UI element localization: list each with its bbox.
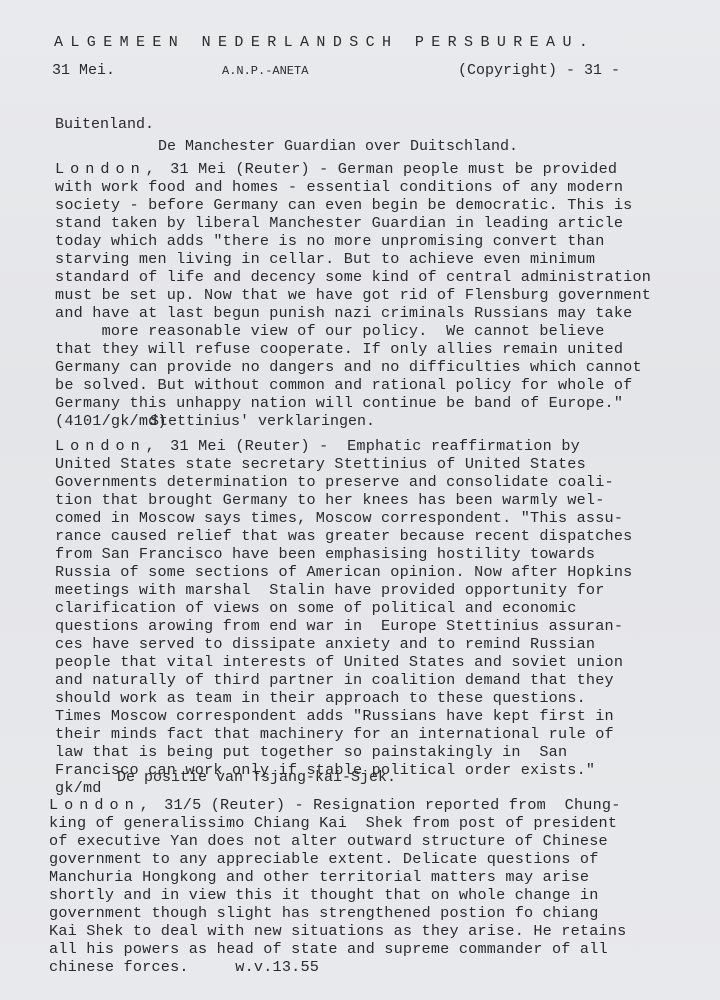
article-line: with work food and homes - essential con… [55, 178, 651, 196]
article-line: government though slight has strengthene… [49, 904, 626, 922]
article-line: rance caused relief that was greater bec… [55, 527, 632, 545]
article-body: London, 31/5 (Reuter) - Resignation repo… [49, 796, 626, 976]
article-line: comed in Moscow says times, Moscow corre… [55, 509, 632, 527]
article-line: questions arowing from end war in Europe… [55, 617, 632, 635]
article-line: Russia of some sections of American opin… [55, 563, 632, 581]
article-line: Governments determination to preserve an… [55, 473, 632, 491]
article-line: people that vital interests of United St… [55, 653, 632, 671]
article-line: today which adds "there is no more unpro… [55, 232, 651, 250]
article-line: society - before Germany can even begin … [55, 196, 651, 214]
article-headline: De positie van Tsjang-kai-Sjek. [117, 769, 396, 786]
article-line: stand taken by liberal Manchester Guardi… [55, 214, 651, 232]
article-line: should work as team in their approach to… [55, 689, 632, 707]
article-line: shortly and in view this it thought that… [49, 886, 626, 904]
article-line: ces have served to dissipate anxiety and… [55, 635, 632, 653]
dateline-city: London, [55, 437, 161, 455]
article-line: from San Francisco have been emphasising… [55, 545, 632, 563]
article-line: London, 31 Mei (Reuter) - German people … [55, 160, 651, 178]
article-line: and naturally of third partner in coalit… [55, 671, 632, 689]
article-line: be solved. But without common and ration… [55, 376, 651, 394]
article-line: starving men living in cellar. But to ac… [55, 250, 651, 268]
article-line: chinese forces. w.v.13.55 [49, 958, 626, 976]
article-line: Times Moscow correspondent adds "Russian… [55, 707, 632, 725]
article-line: and have at last begun punish nazi crimi… [55, 304, 651, 322]
article-line: of executive Yan does not alter outward … [49, 832, 626, 850]
article-line: that they will refuse cooperate. If only… [55, 340, 651, 358]
masthead: ALGEMEEN NEDERLANDSCH PERSBUREAU. [54, 34, 595, 51]
header-date: 31 Mei. [52, 62, 115, 79]
article-line: tion that brought Germany to her knees h… [55, 491, 632, 509]
article-line: their minds fact that machinery for an i… [55, 725, 632, 743]
article-line: Germany this unhappy nation will continu… [55, 394, 651, 412]
article-line: meetings with marshal Stalin have provid… [55, 581, 632, 599]
article-line: must be set up. Now that we have got rid… [55, 286, 651, 304]
header-copyright: (Copyright) - 31 - [458, 62, 620, 79]
article-line: Manchuria Hongkong and other territorial… [49, 868, 626, 886]
article-line: law that is being put together so painst… [55, 743, 632, 761]
dateline-city: London, [49, 796, 155, 814]
article-headline: Stettinius' verklaringen. [150, 413, 375, 430]
article-line: all his powers as head of state and supr… [49, 940, 626, 958]
article-body: London, 31 Mei (Reuter) - Emphatic reaff… [55, 437, 632, 797]
article-line: government to any appreciable extent. De… [49, 850, 626, 868]
article-line: London, 31/5 (Reuter) - Resignation repo… [49, 796, 626, 814]
article-headline: De Manchester Guardian over Duitschland. [158, 138, 518, 155]
section-label: Buitenland. [55, 116, 154, 133]
article-body: London, 31 Mei (Reuter) - German people … [55, 160, 651, 430]
article-line: Germany can provide no dangers and no di… [55, 358, 651, 376]
article-line: standard of life and decency some kind o… [55, 268, 651, 286]
article-line: Kai Shek to deal with new situations as … [49, 922, 626, 940]
article-line: London, 31 Mei (Reuter) - Emphatic reaff… [55, 437, 632, 455]
article-line: more reasonable view of our policy. We c… [55, 322, 651, 340]
dateline-city: London, [55, 160, 161, 178]
article-line: clarification of views on some of politi… [55, 599, 632, 617]
typewritten-page: ALGEMEEN NEDERLANDSCH PERSBUREAU. 31 Mei… [0, 0, 720, 1000]
article-line: king of generalissimo Chiang Kai Shek fr… [49, 814, 626, 832]
article-line: United States state secretary Stettinius… [55, 455, 632, 473]
header-agency: A.N.P.-ANETA [222, 64, 308, 78]
